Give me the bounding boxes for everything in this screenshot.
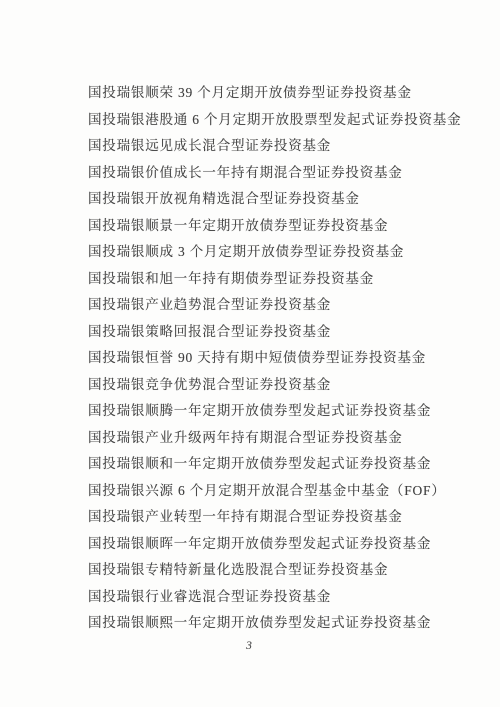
fund-name-line: 国投瑞银兴源 6 个月定期开放混合型基金中基金（FOF）	[88, 478, 460, 505]
fund-name-line: 国投瑞银顺熙一年定期开放债券型发起式证券投资基金	[88, 610, 460, 637]
fund-name-line: 国投瑞银专精特新量化选股混合型证券投资基金	[88, 557, 460, 584]
fund-name-line: 国投瑞银开放视角精选混合型证券投资基金	[88, 186, 460, 213]
fund-name-line: 国投瑞银恒誉 90 天持有期中短债债券型证券投资基金	[88, 345, 460, 372]
fund-name-line: 国投瑞银产业转型一年持有期混合型证券投资基金	[88, 504, 460, 531]
fund-name-line: 国投瑞银策略回报混合型证券投资基金	[88, 319, 460, 346]
fund-name-line: 国投瑞银竞争优势混合型证券投资基金	[88, 372, 460, 399]
fund-name-line: 国投瑞银产业升级两年持有期混合型证券投资基金	[88, 425, 460, 452]
fund-name-line: 国投瑞银顺景一年定期开放债券型证券投资基金	[88, 213, 460, 240]
fund-name-line: 国投瑞银价值成长一年持有期混合型证券投资基金	[88, 160, 460, 187]
fund-name-line: 国投瑞银顺腾一年定期开放债券型发起式证券投资基金	[88, 398, 460, 425]
fund-name-list: 国投瑞银顺荣 39 个月定期开放债券型证券投资基金国投瑞银港股通 6 个月定期开…	[88, 80, 460, 637]
fund-name-line: 国投瑞银和旭一年持有期债券型证券投资基金	[88, 266, 460, 293]
fund-name-line: 国投瑞银港股通 6 个月定期开放股票型发起式证券投资基金	[88, 107, 460, 134]
fund-name-line: 国投瑞银顺成 3 个月定期开放债券型证券投资基金	[88, 239, 460, 266]
document-page: 国投瑞银顺荣 39 个月定期开放债券型证券投资基金国投瑞银港股通 6 个月定期开…	[0, 0, 500, 707]
fund-name-line: 国投瑞银产业趋势混合型证券投资基金	[88, 292, 460, 319]
fund-name-line: 国投瑞银顺荣 39 个月定期开放债券型证券投资基金	[88, 80, 460, 107]
fund-name-line: 国投瑞银顺和一年定期开放债券型发起式证券投资基金	[88, 451, 460, 478]
page-number: 3	[0, 640, 498, 652]
fund-name-line: 国投瑞银顺晖一年定期开放债券型发起式证券投资基金	[88, 531, 460, 558]
fund-name-line: 国投瑞银行业睿选混合型证券投资基金	[88, 584, 460, 611]
fund-name-line: 国投瑞银远见成长混合型证券投资基金	[88, 133, 460, 160]
